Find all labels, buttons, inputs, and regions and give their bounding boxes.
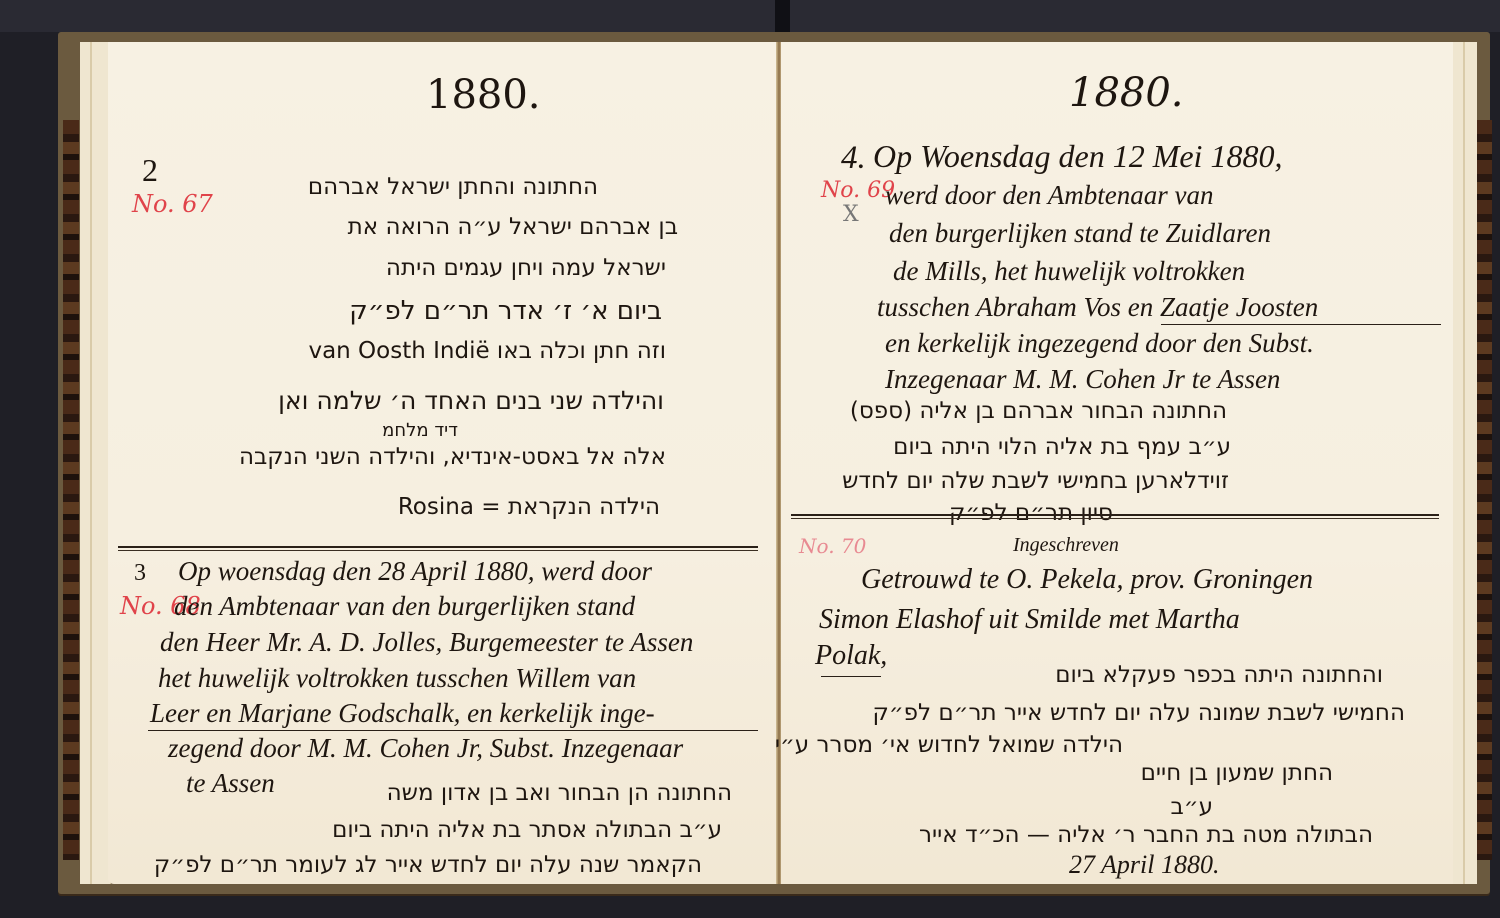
- entry-line: en kerkelijk ingezegend door den Subst.: [885, 328, 1314, 359]
- background-gap: [775, 0, 790, 32]
- entry-number: 3: [134, 560, 146, 587]
- background-panel-left: [0, 0, 775, 32]
- entry-divider: [118, 546, 758, 548]
- entry-line: החתונה הבחור אברהם בן אליה (ספס): [850, 398, 1227, 424]
- page-stack-left: [80, 42, 111, 884]
- entry-line: וזה חתן וכלה באו van Oosth Indië: [308, 338, 666, 364]
- entry-number: 4.: [841, 140, 866, 177]
- entry-line: הקאמר שנה עלה יום לחדש אייר לג לעומר תר״…: [154, 852, 702, 878]
- entry-line: ביום א׳ ז׳ אדר תר״ם לפ״ק: [349, 296, 662, 326]
- entry-number: 2: [142, 152, 158, 189]
- marbled-edge-left: [63, 120, 79, 860]
- entry-line: den Heer Mr. A. D. Jolles, Burgemeester …: [160, 627, 693, 658]
- entry-line: Polak,: [815, 640, 887, 672]
- entry-line: החתונה הן הבחור ואב בן אדון משה: [387, 780, 732, 806]
- underline: [1161, 324, 1441, 325]
- entry-line: הילדה הנקראת = Rosina: [398, 494, 660, 520]
- entry-line: het huwelijk voltrokken tusschen Willem …: [158, 663, 636, 694]
- entry-line: ישראל עמה ויחן עגמים היתה: [386, 255, 666, 281]
- entry-line: Inzegenaar M. M. Cohen Jr te Assen: [885, 364, 1280, 395]
- entry-line: והילדה שני בנים האחד ה׳ שלמה ואן: [278, 386, 664, 415]
- underline: [148, 730, 758, 731]
- entry-line: tusschen Abraham Vos en Zaatje Joosten: [877, 292, 1318, 323]
- entry-divider: [791, 518, 1439, 519]
- entry-line: Getrouwd te O. Pekela, prov. Groningen: [861, 564, 1313, 596]
- marbled-edge-right: [1476, 120, 1492, 860]
- entry-line: te Assen: [186, 768, 275, 799]
- entry-date: 27 April 1880.: [1069, 850, 1219, 880]
- page-stack-right: [1450, 42, 1477, 884]
- superscript-note: Ingeschreven: [1013, 534, 1119, 557]
- year-heading: 1880.: [426, 72, 541, 118]
- entry-line: ע״ב עמף בת אליה הלוי היתה ביום: [893, 434, 1231, 460]
- entry-line: Op Woensdag den 12 Mei 1880,: [873, 138, 1282, 175]
- entry-line: werd door den Ambtenaar van: [885, 180, 1213, 211]
- entry-line: Op woensdag den 28 April 1880, werd door: [178, 556, 652, 587]
- entry-line: אלה אל באסט-אינדיא, והילדה השני הנקבה: [239, 444, 666, 470]
- entry-line: החמישי לשבת שמונה עלה יום לחדש אייר תר״ם…: [873, 700, 1405, 726]
- entry-line: ע״ב: [1170, 794, 1213, 820]
- entry-line: סיון תר״ם לפ״ק: [949, 500, 1113, 526]
- entry-line: de Mills, het huwelijk voltrokken: [893, 256, 1245, 287]
- entry-line: החתונה והחתן ישראל אברהם: [308, 174, 598, 200]
- entry-line: זוידלארען בחמישי לשבת שלה יום לחדש: [842, 468, 1229, 494]
- entry-line: הילדה שמואל לחדוש אי׳ מסרר ע״י: [775, 732, 1123, 758]
- right-page: 1880. 4. No. 69 X Op Woensdag den 12 Mei…: [781, 42, 1453, 884]
- entry-line: החתן שמעון בן חיים: [1141, 760, 1333, 786]
- entry-line: בן אברהם ישראל ע״ה הרואה את: [348, 214, 678, 240]
- entry-line: Leer en Marjane Godschalk, en kerkelijk …: [150, 698, 655, 729]
- entry-line: den Ambtenaar van den burgerlijken stand: [174, 591, 635, 622]
- entry-line: Simon Elashof uit Smilde met Martha: [819, 604, 1240, 636]
- margin-mark: X: [843, 202, 859, 227]
- entry-line: ע״ב הבתולה אסתר בת אליה היתה ביום: [332, 817, 722, 843]
- background-panel-right: [790, 0, 1500, 32]
- register-number: No. 70: [799, 534, 866, 558]
- entry-line: zegend door M. M. Cohen Jr, Subst. Inzeg…: [168, 733, 683, 764]
- year-heading: 1880.: [1069, 70, 1184, 116]
- entry-line: den burgerlijken stand te Zuidlaren: [889, 218, 1271, 249]
- entry-line: והחתונה היתה בכפר פעקלא ביום: [1055, 662, 1383, 688]
- interlinear-note: דיד מלחמ: [382, 420, 458, 441]
- entry-divider: [791, 514, 1439, 516]
- entry-divider: [118, 550, 758, 551]
- register-number: No. 69: [821, 178, 895, 203]
- register-number: No. 67: [132, 190, 213, 218]
- left-page: 1880. 2 No. 67 החתונה והחתן ישראל אברהם …: [108, 42, 778, 884]
- underline: [821, 676, 881, 677]
- entry-line: הבתולה מטה בת החבר ר׳ אליה — הכ״ד אייר: [919, 822, 1373, 848]
